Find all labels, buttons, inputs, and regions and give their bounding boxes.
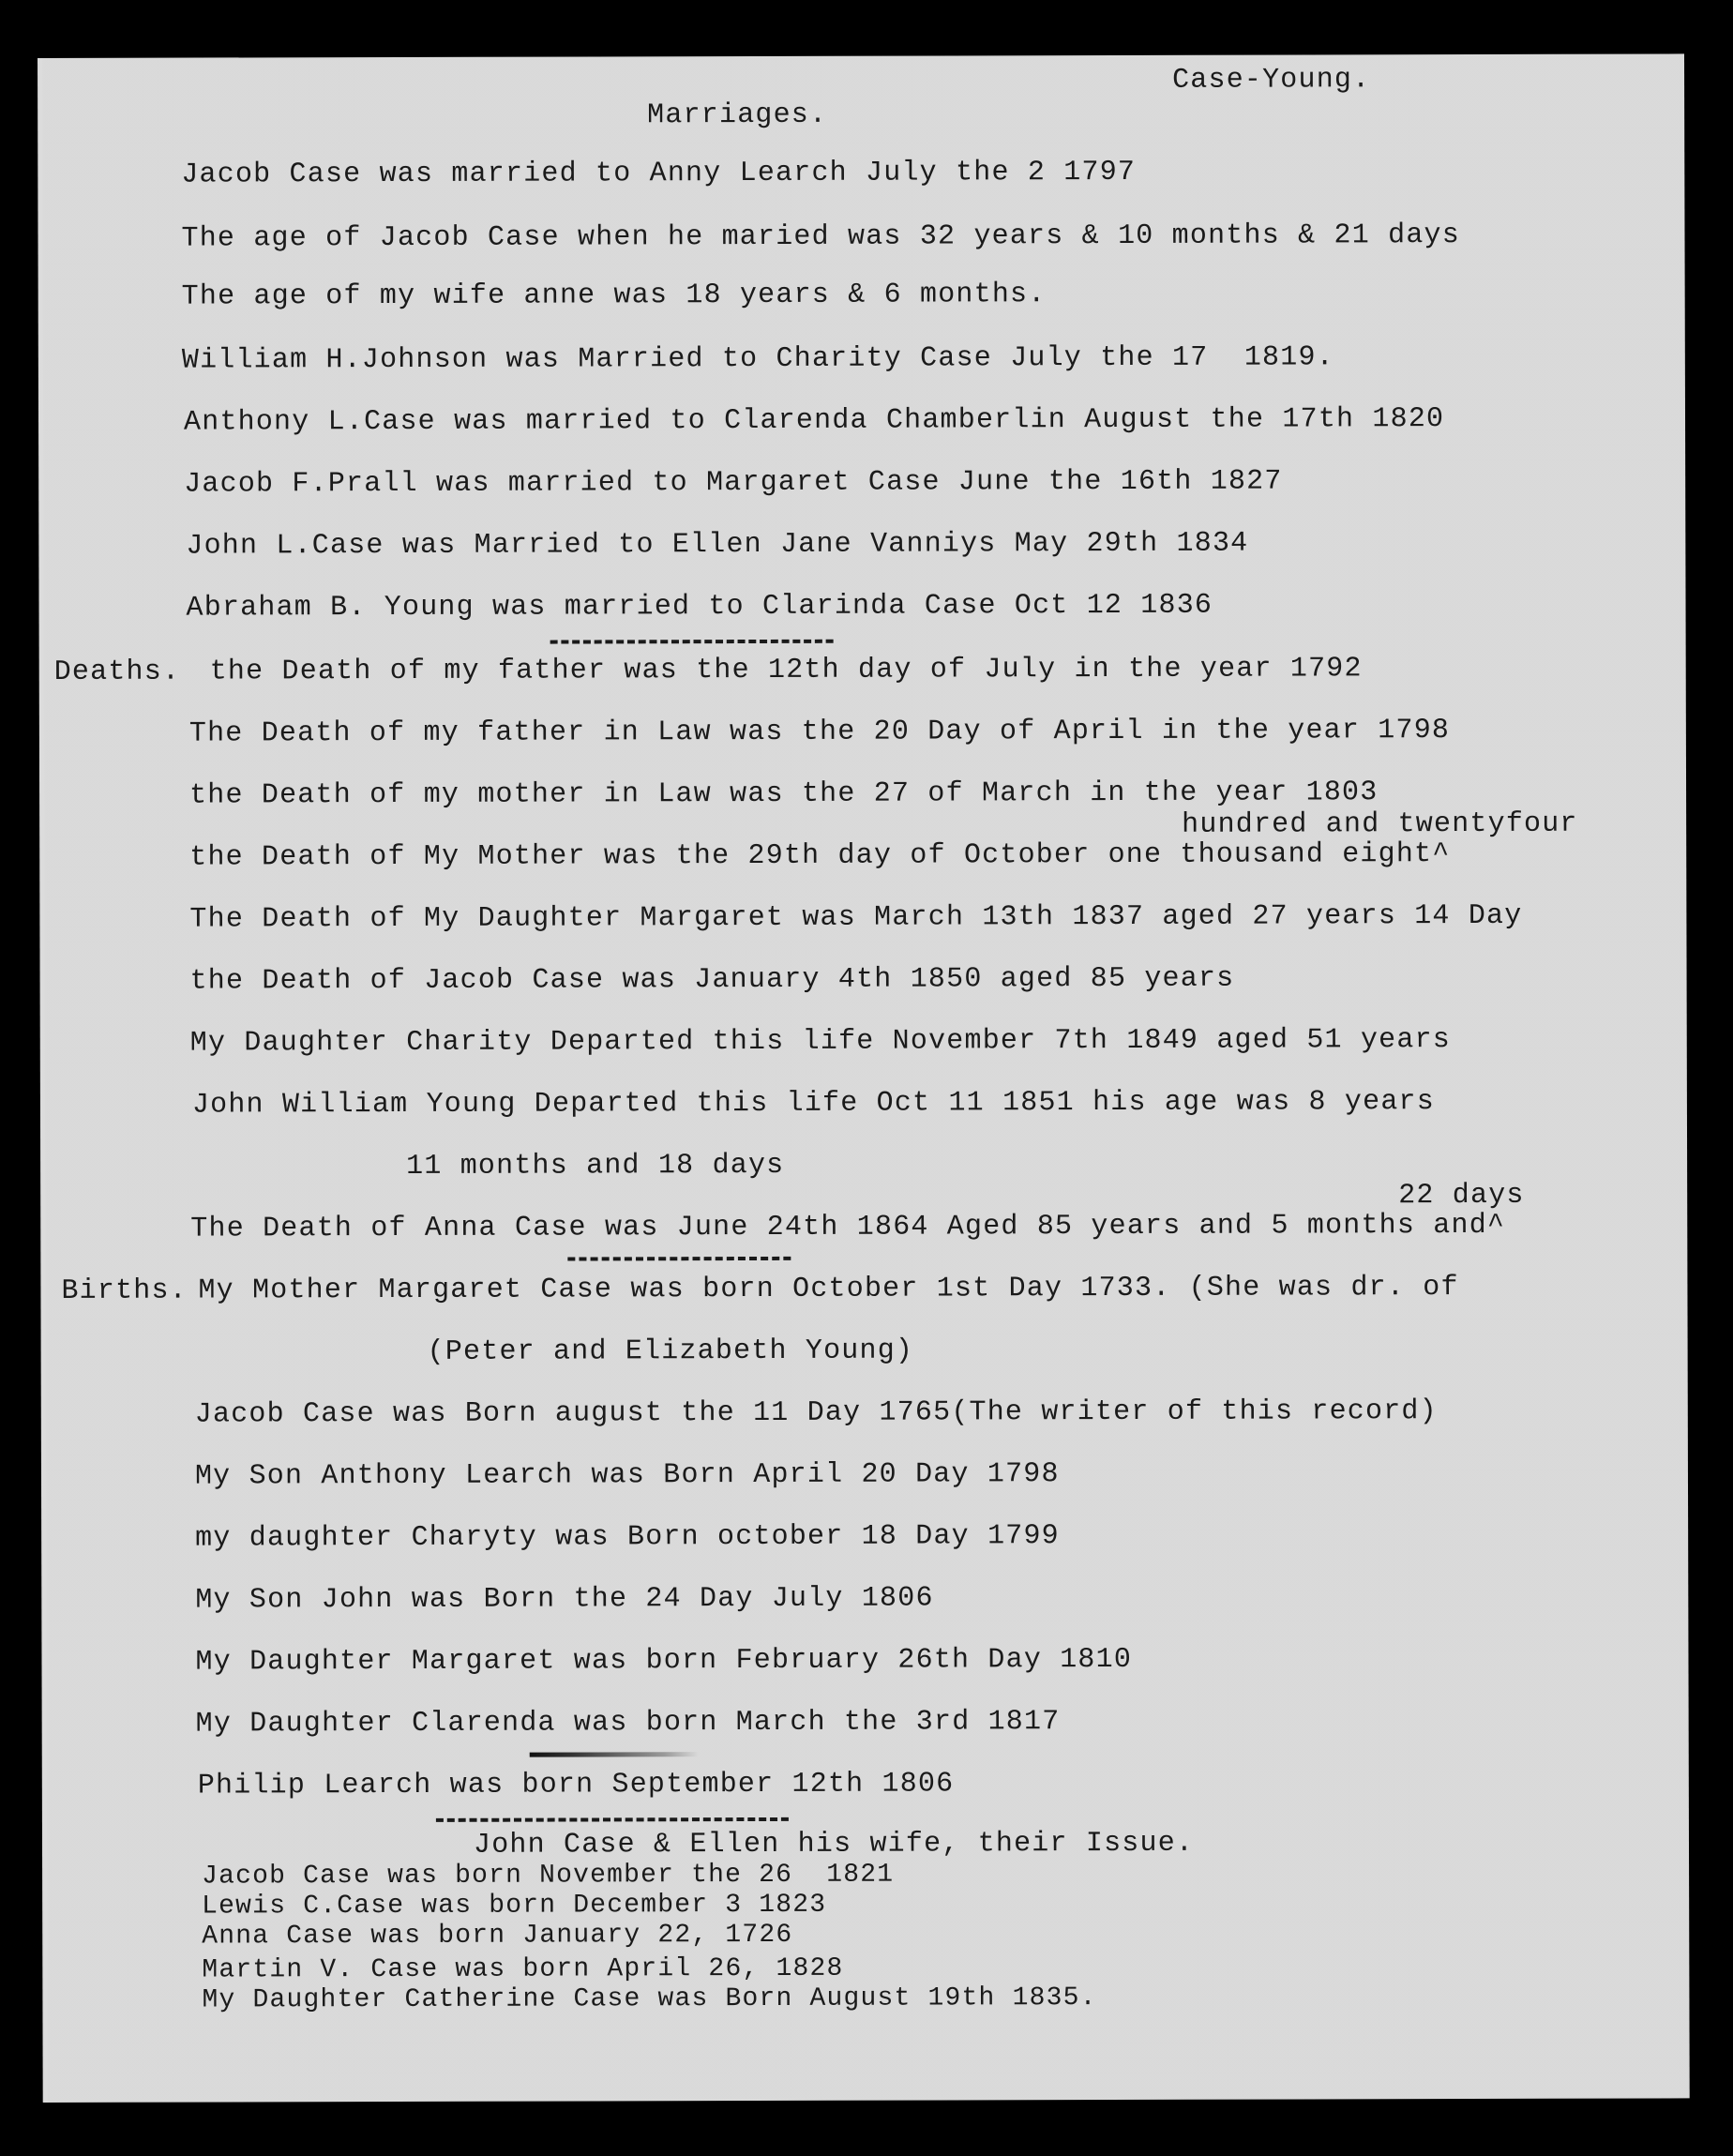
death-entry-continuation: 11 months and 18 days xyxy=(406,1152,784,1181)
marriage-entry: The age of Jacob Case when he maried was… xyxy=(181,221,1459,253)
header-tag: Case-Young. xyxy=(1172,66,1370,95)
birth-entry: My Son John was Born the 24 Day July 180… xyxy=(195,1585,933,1615)
marriage-entry: Anthony L.Case was married to Clarenda C… xyxy=(184,405,1444,437)
birth-entry: My Son Anthony Learch was Born April 20 … xyxy=(195,1460,1060,1490)
insertion-note: hundred and twentyfour xyxy=(1182,810,1578,839)
issue-entry: My Daughter Catherine Case was Born Augu… xyxy=(202,1985,1096,2013)
document-page: Case-Young. Marriages. Jacob Case was ma… xyxy=(38,53,1690,2103)
birth-entry: My Mother Margaret Case was born October… xyxy=(198,1274,1458,1305)
death-entry: the Death of my mother in Law was the 27… xyxy=(189,778,1378,809)
death-entry: The Death of my father in Law was the 20… xyxy=(189,716,1450,748)
birth-entry-continuation: (Peter and Elizabeth Young) xyxy=(428,1337,914,1366)
deaths-label: Deaths. xyxy=(54,658,180,686)
section-divider xyxy=(436,1817,789,1826)
ink-stroke xyxy=(530,1752,699,1756)
issue-entry: Jacob Case was born November the 26 1821 xyxy=(202,1862,894,1891)
section-divider xyxy=(550,640,834,648)
birth-entry: Philip Learch was born September 12th 18… xyxy=(198,1770,955,1800)
birth-entry: my daughter Charyty was Born october 18 … xyxy=(195,1522,1060,1552)
marriage-entry: Jacob Case was married to Anny Learch Ju… xyxy=(181,158,1136,189)
death-entry: The Death of My Daughter Margaret was Ma… xyxy=(189,902,1522,934)
insertion-note: 22 days xyxy=(1398,1182,1525,1210)
death-entry: the Death of Jacob Case was January 4th … xyxy=(190,965,1235,996)
marriage-entry: Abraham B. Young was married to Clarinda… xyxy=(186,592,1213,623)
section-divider xyxy=(567,1257,791,1265)
death-entry: The Death of Anna Case was June 24th 186… xyxy=(190,1212,1505,1244)
marriage-entry: William H.Johnson was Married to Charity… xyxy=(182,343,1334,374)
marriages-heading: Marriages. xyxy=(647,101,827,130)
marriage-entry: John L.Case was Married to Ellen Jane Va… xyxy=(186,530,1248,561)
births-label: Births. xyxy=(61,1277,187,1305)
issue-entry: Martin V. Case was born April 26, 1828 xyxy=(202,1956,843,1984)
death-entry: the Death of My Mother was the 29th day … xyxy=(189,840,1450,872)
issue-heading: John Case & Ellen his wife, their Issue. xyxy=(474,1830,1194,1860)
marriage-entry: Jacob F.Prall was married to Margaret Ca… xyxy=(184,468,1282,499)
death-entry: John William Young Departed this life Oc… xyxy=(192,1088,1435,1119)
marriage-entry: The age of my wife anne was 18 years & 6… xyxy=(182,280,1047,310)
birth-entry: My Daughter Margaret was born February 2… xyxy=(195,1646,1132,1677)
issue-entry: Lewis C.Case was born December 3 1823 xyxy=(202,1892,826,1921)
death-entry: the Death of my father was the 12th day … xyxy=(210,655,1363,686)
birth-entry: Jacob Case was Born august the 11 Day 17… xyxy=(195,1397,1438,1428)
birth-entry: My Daughter Clarenda was born March the … xyxy=(196,1708,1061,1738)
issue-entry: Anna Case was born January 22, 1726 xyxy=(202,1922,792,1951)
death-entry: My Daughter Charity Departed this life N… xyxy=(190,1026,1451,1058)
